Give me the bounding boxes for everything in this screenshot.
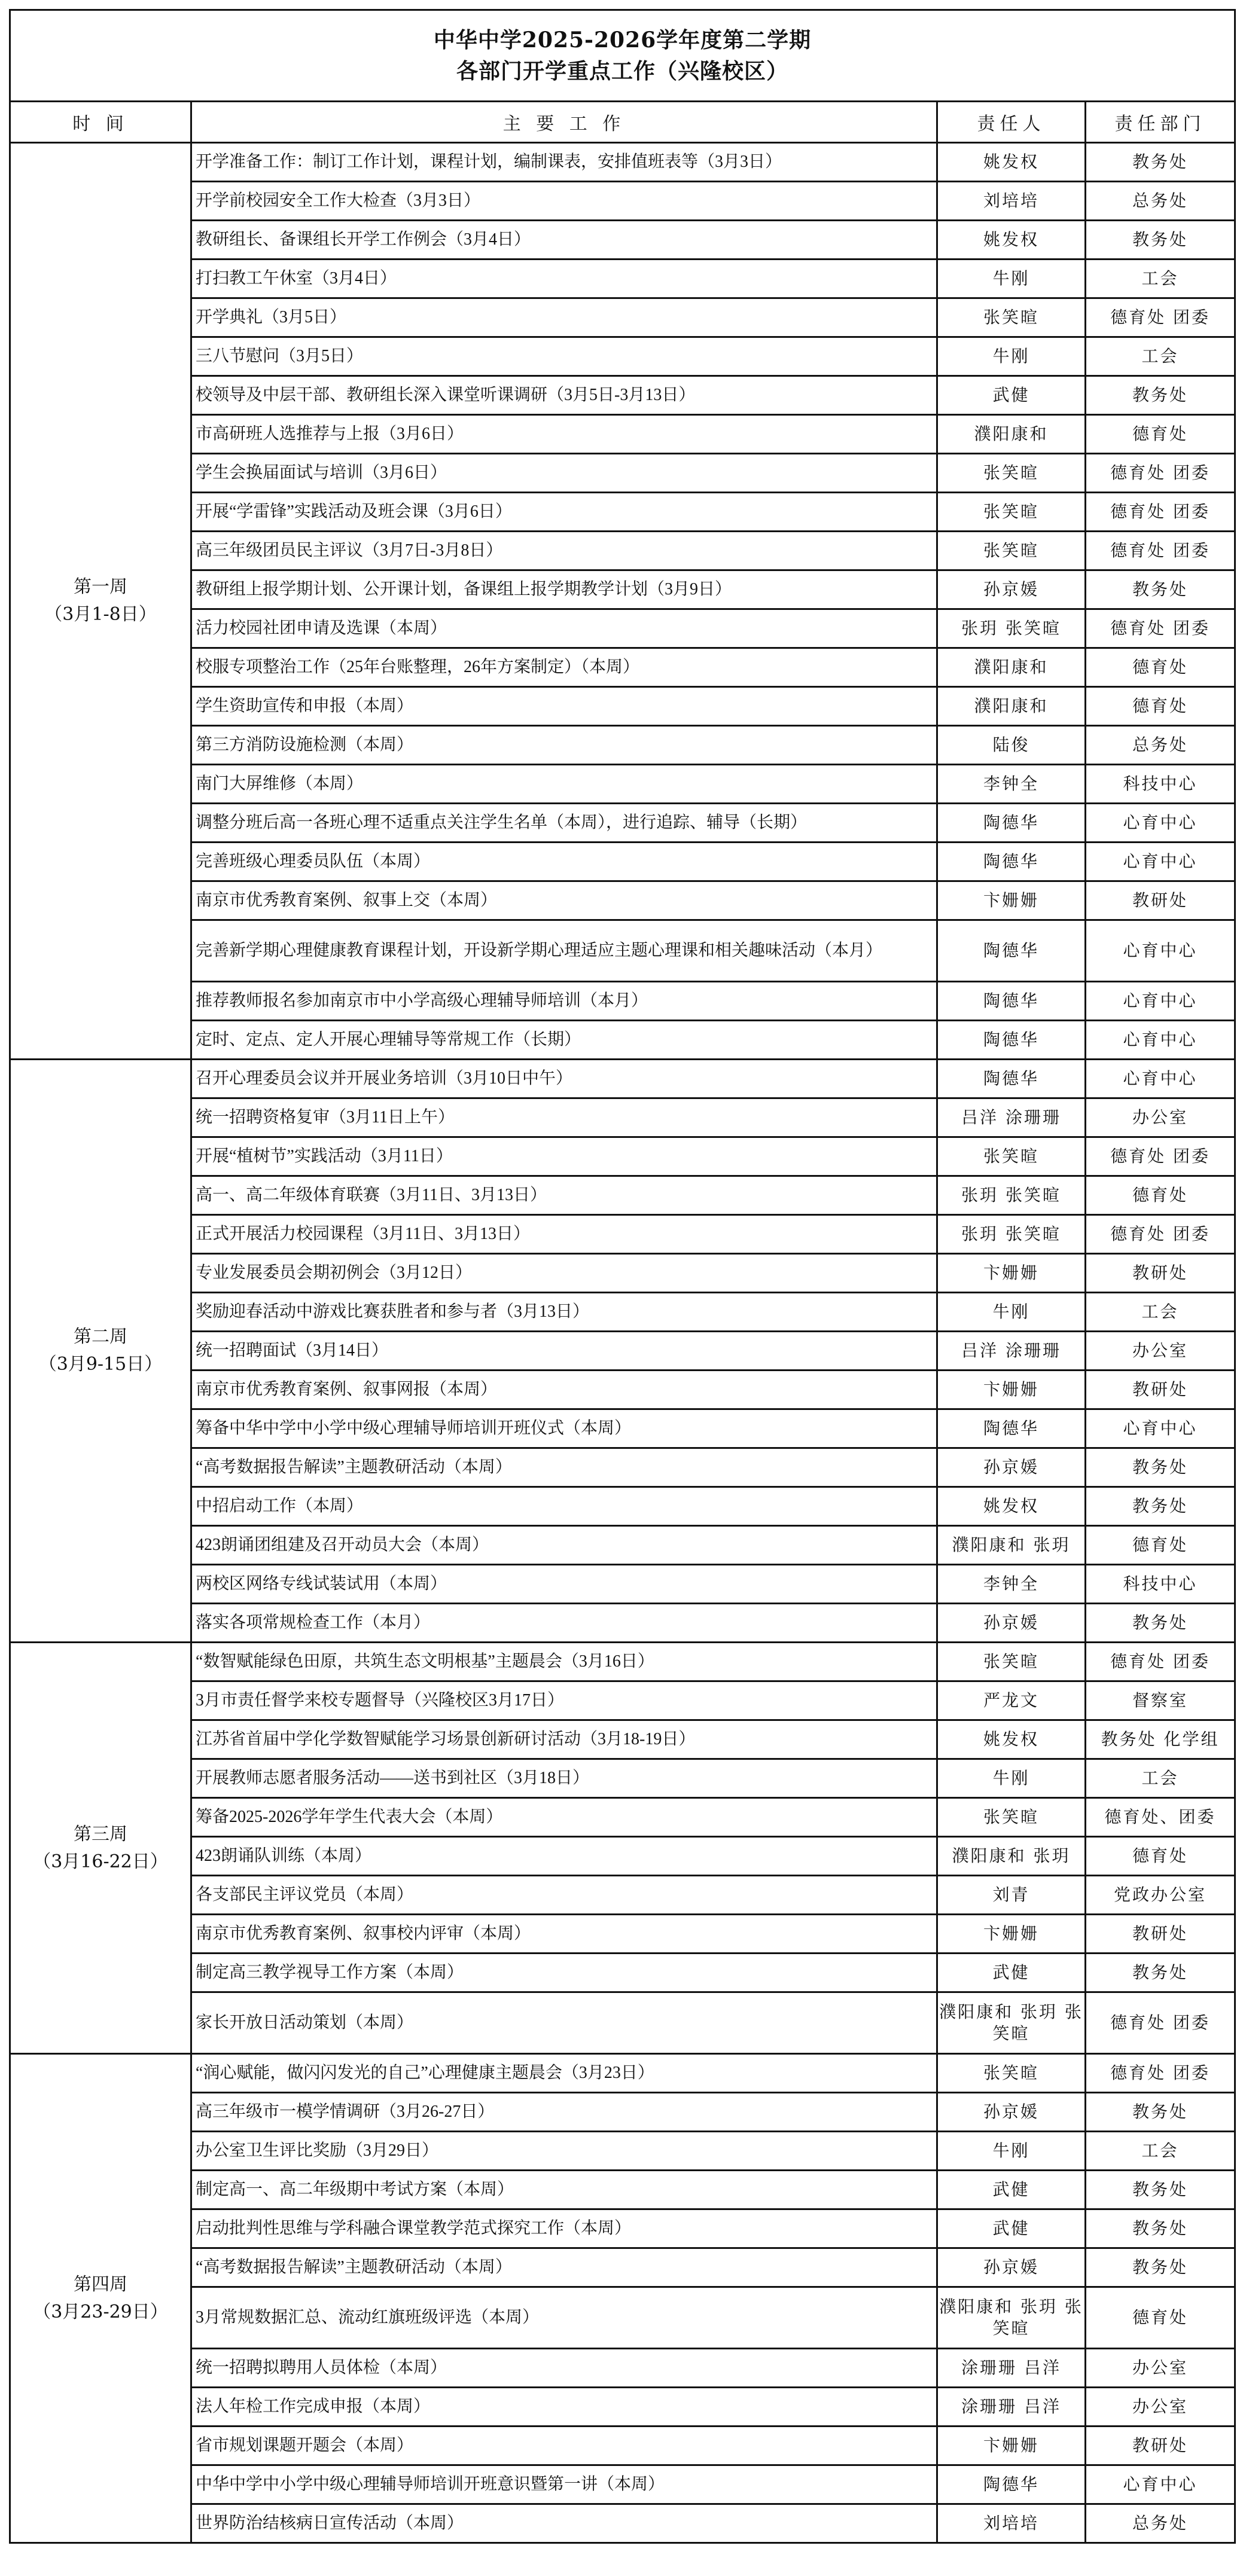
person-cell: 张玥 张笑暄 xyxy=(937,1215,1086,1254)
task-cell: 校服专项整治工作（25年台账整理，26年方案制定）（本周） xyxy=(191,648,937,687)
person-cell: 孙京媛 xyxy=(937,570,1086,609)
table-row: 第三方消防设施检测（本周）陆俊总务处 xyxy=(10,726,1235,765)
dept-cell: 心育中心 xyxy=(1086,2465,1235,2504)
dept-cell: 办公室 xyxy=(1086,1332,1235,1371)
person-cell: 陆俊 xyxy=(937,726,1086,765)
person-cell: 卞姗姗 xyxy=(937,1915,1086,1954)
table-row: 第三周（3月16-22日）“数智赋能绿色田原，共筑生态文明根基”主题晨会（3月1… xyxy=(10,1643,1235,1681)
week-range: （3月1-8日） xyxy=(11,601,190,628)
person-cell: 刘培培 xyxy=(937,182,1086,221)
task-cell: 开展“植树节”实践活动（3月11日） xyxy=(191,1137,937,1176)
week-range: （3月16-22日） xyxy=(11,1848,190,1876)
person-cell: 吕洋 涂珊珊 xyxy=(937,1332,1086,1371)
table-row: 家长开放日活动策划（本周）濮阳康和 张玥 张笑暄德育处 团委 xyxy=(10,1992,1235,2054)
dept-cell: 总务处 xyxy=(1086,726,1235,765)
table-row: 第二周（3月9-15日）召开心理委员会议并开展业务培训（3月10日中午）陶德华心… xyxy=(10,1060,1235,1098)
table-row: 南京市优秀教育案例、叙事网报（本周）卞姗姗教研处 xyxy=(10,1371,1235,1409)
dept-cell: 德育处 xyxy=(1086,1526,1235,1565)
table-row: 奖励迎春活动中游戏比赛获胜者和参与者（3月13日）牛刚工会 xyxy=(10,1293,1235,1332)
table-row: 开展教师志愿者服务活动——送书到社区（3月18日）牛刚工会 xyxy=(10,1759,1235,1798)
dept-cell: 总务处 xyxy=(1086,182,1235,221)
task-cell: 南京市优秀教育案例、叙事校内评审（本周） xyxy=(191,1915,937,1954)
table-row: 中华中学中小学中级心理辅导师培训开班意识暨第一讲（本周）陶德华心育中心 xyxy=(10,2465,1235,2504)
person-cell: 张笑暄 xyxy=(937,493,1086,532)
dept-cell: 科技中心 xyxy=(1086,1565,1235,1604)
person-cell: 张笑暄 xyxy=(937,532,1086,570)
person-cell: 姚发权 xyxy=(937,221,1086,260)
week-name: 第一周 xyxy=(11,573,190,601)
table-row: 教研组长、备课组长开学工作例会（3月4日）姚发权教务处 xyxy=(10,221,1235,260)
task-cell: 高三年级团员民主评议（3月7日-3月8日） xyxy=(191,532,937,570)
dept-cell: 德育处 xyxy=(1086,687,1235,726)
task-cell: 第三方消防设施检测（本周） xyxy=(191,726,937,765)
person-cell: 姚发权 xyxy=(937,1487,1086,1526)
person-cell: 濮阳康和 xyxy=(937,687,1086,726)
dept-cell: 办公室 xyxy=(1086,1098,1235,1137)
week-label-cell: 第一周（3月1-8日） xyxy=(10,143,191,1060)
table-row: 开学典礼（3月5日）张笑暄德育处 团委 xyxy=(10,298,1235,337)
dept-cell: 德育处 团委 xyxy=(1086,298,1235,337)
dept-cell: 德育处 团委 xyxy=(1086,1643,1235,1681)
dept-cell: 德育处 xyxy=(1086,2287,1235,2349)
dept-cell: 德育处 团委 xyxy=(1086,2054,1235,2093)
table-row: 办公室卫生评比奖励（3月29日）牛刚工会 xyxy=(10,2132,1235,2171)
person-cell: 陶德华 xyxy=(937,1409,1086,1448)
dept-cell: 教务处 xyxy=(1086,570,1235,609)
person-cell: 牛刚 xyxy=(937,337,1086,376)
task-cell: 统一招聘资格复审（3月11日上午） xyxy=(191,1098,937,1137)
dept-cell: 办公室 xyxy=(1086,2349,1235,2388)
dept-cell: 德育处、团委 xyxy=(1086,1798,1235,1837)
person-cell: 孙京媛 xyxy=(937,2093,1086,2132)
dept-cell: 工会 xyxy=(1086,337,1235,376)
dept-cell: 教务处 xyxy=(1086,2171,1235,2209)
table-row: 活力校园社团申请及选课（本周）张玥 张笑暄德育处 团委 xyxy=(10,609,1235,648)
table-row: 教研组上报学期计划、公开课计划，备课组上报学期教学计划（3月9日）孙京媛教务处 xyxy=(10,570,1235,609)
person-cell: 濮阳康和 张玥 xyxy=(937,1837,1086,1876)
header-row: 时 间 主 要 工 作 责任人 责任部门 xyxy=(10,102,1235,143)
table-row: 三八节慰问（3月5日）牛刚工会 xyxy=(10,337,1235,376)
task-cell: 开展教师志愿者服务活动——送书到社区（3月18日） xyxy=(191,1759,937,1798)
table-row: “高考数据报告解读”主题教研活动（本周）孙京媛教务处 xyxy=(10,2248,1235,2287)
week-label-cell: 第四周（3月23-29日） xyxy=(10,2054,191,2543)
person-cell: 陶德华 xyxy=(937,843,1086,881)
task-cell: 世界防治结核病日宣传活动（本周） xyxy=(191,2504,937,2543)
person-cell: 武健 xyxy=(937,2171,1086,2209)
task-cell: 召开心理委员会议并开展业务培训（3月10日中午） xyxy=(191,1060,937,1098)
task-cell: 南京市优秀教育案例、叙事网报（本周） xyxy=(191,1371,937,1409)
task-cell: 江苏省首届中学化学数智赋能学习场景创新研讨活动（3月18-19日） xyxy=(191,1720,937,1759)
dept-cell: 总务处 xyxy=(1086,2504,1235,2543)
task-cell: 三八节慰问（3月5日） xyxy=(191,337,937,376)
task-cell: 南门大屏维修（本周） xyxy=(191,765,937,804)
task-cell: 市高研班人选推荐与上报（3月6日） xyxy=(191,415,937,454)
person-cell: 张笑暄 xyxy=(937,1643,1086,1681)
table-row: 423朗诵团组建及召开动员大会（本周）濮阳康和 张玥德育处 xyxy=(10,1526,1235,1565)
table-row: 完善新学期心理健康教育课程计划，开设新学期心理适应主题心理课和相关趣味活动（本月… xyxy=(10,920,1235,982)
task-cell: 完善班级心理委员队伍（本周） xyxy=(191,843,937,881)
person-cell: 濮阳康和 xyxy=(937,648,1086,687)
task-cell: 开学典礼（3月5日） xyxy=(191,298,937,337)
task-cell: 中招启动工作（本周） xyxy=(191,1487,937,1526)
person-cell: 陶德华 xyxy=(937,2465,1086,2504)
dept-cell: 心育中心 xyxy=(1086,1409,1235,1448)
dept-cell: 工会 xyxy=(1086,1293,1235,1332)
table-row: 学生资助宣传和申报（本周）濮阳康和德育处 xyxy=(10,687,1235,726)
table-row: 启动批判性思维与学科融合课堂教学范式探究工作（本周）武健教务处 xyxy=(10,2209,1235,2248)
person-cell: 陶德华 xyxy=(937,982,1086,1021)
task-cell: 学生会换届面试与培训（3月6日） xyxy=(191,454,937,493)
table-row: 法人年检工作完成申报（本周）涂珊珊 吕洋办公室 xyxy=(10,2388,1235,2427)
person-cell: 李钟全 xyxy=(937,765,1086,804)
task-cell: 筹备2025-2026学年学生代表大会（本周） xyxy=(191,1798,937,1837)
person-cell: 姚发权 xyxy=(937,1720,1086,1759)
person-cell: 卞姗姗 xyxy=(937,1254,1086,1293)
table-row: 高一、高二年级体育联赛（3月11日、3月13日）张玥 张笑暄德育处 xyxy=(10,1176,1235,1215)
person-cell: 卞姗姗 xyxy=(937,2427,1086,2465)
table-row: 校领导及中层干部、教研组长深入课堂听课调研（3月5日-3月13日）武健教务处 xyxy=(10,376,1235,415)
dept-cell: 教务处 xyxy=(1086,1954,1235,1992)
person-cell: 陶德华 xyxy=(937,1021,1086,1060)
header-time: 时 间 xyxy=(10,102,191,143)
table-row: 南京市优秀教育案例、叙事校内评审（本周）卞姗姗教研处 xyxy=(10,1915,1235,1954)
table-row: 推荐教师报名参加南京市中小学高级心理辅导师培训（本月）陶德华心育中心 xyxy=(10,982,1235,1021)
document-title: 中华中学2025-2026学年度第二学期 各部门开学重点工作（兴隆校区） xyxy=(10,10,1235,102)
person-cell: 陶德华 xyxy=(937,1060,1086,1098)
task-cell: 制定高一、高二年级期中考试方案（本周） xyxy=(191,2171,937,2209)
task-cell: “高考数据报告解读”主题教研活动（本周） xyxy=(191,1448,937,1487)
person-cell: 张玥 张笑暄 xyxy=(937,1176,1086,1215)
week-name: 第二周 xyxy=(11,1323,190,1351)
task-cell: 统一招聘拟聘用人员体检（本周） xyxy=(191,2349,937,2388)
dept-cell: 心育中心 xyxy=(1086,1060,1235,1098)
table-row: 学生会换届面试与培训（3月6日）张笑暄德育处 团委 xyxy=(10,454,1235,493)
table-row: 筹备中华中学中小学中级心理辅导师培训开班仪式（本周）陶德华心育中心 xyxy=(10,1409,1235,1448)
person-cell: 濮阳康和 xyxy=(937,415,1086,454)
dept-cell: 心育中心 xyxy=(1086,843,1235,881)
task-cell: 各支部民主评议党员（本周） xyxy=(191,1876,937,1915)
person-cell: 濮阳康和 张玥 张笑暄 xyxy=(937,1992,1086,2054)
task-cell: “高考数据报告解读”主题教研活动（本周） xyxy=(191,2248,937,2287)
task-cell: 高一、高二年级体育联赛（3月11日、3月13日） xyxy=(191,1176,937,1215)
dept-cell: 德育处 团委 xyxy=(1086,1992,1235,2054)
table-row: 开学前校园安全工作大检查（3月3日）刘培培总务处 xyxy=(10,182,1235,221)
table-row: 第四周（3月23-29日）“润心赋能，做闪闪发光的自己”心理健康主题晨会（3月2… xyxy=(10,2054,1235,2093)
dept-cell: 教研处 xyxy=(1086,1371,1235,1409)
dept-cell: 德育处 xyxy=(1086,648,1235,687)
task-cell: 高三年级市一模学情调研（3月26-27日） xyxy=(191,2093,937,2132)
header-dept: 责任部门 xyxy=(1086,102,1235,143)
table-row: 世界防治结核病日宣传活动（本周）刘培培总务处 xyxy=(10,2504,1235,2543)
dept-cell: 德育处 团委 xyxy=(1086,1215,1235,1254)
schedule-sheet: 中华中学2025-2026学年度第二学期 各部门开学重点工作（兴隆校区） 时 间… xyxy=(9,9,1234,2544)
task-cell: 开学前校园安全工作大检查（3月3日） xyxy=(191,182,937,221)
person-cell: 牛刚 xyxy=(937,2132,1086,2171)
task-cell: 3月市责任督学来校专题督导（兴隆校区3月17日） xyxy=(191,1681,937,1720)
person-cell: 吕洋 涂珊珊 xyxy=(937,1098,1086,1137)
dept-cell: 教务处 xyxy=(1086,143,1235,182)
dept-cell: 教研处 xyxy=(1086,2427,1235,2465)
table-row: 高三年级市一模学情调研（3月26-27日）孙京媛教务处 xyxy=(10,2093,1235,2132)
dept-cell: 教务处 xyxy=(1086,221,1235,260)
dept-cell: 心育中心 xyxy=(1086,982,1235,1021)
dept-cell: 科技中心 xyxy=(1086,765,1235,804)
table-row: 专业发展委员会期初例会（3月12日）卞姗姗教研处 xyxy=(10,1254,1235,1293)
dept-cell: 教务处 xyxy=(1086,1448,1235,1487)
week-range: （3月9-15日） xyxy=(11,1351,190,1378)
task-cell: 定时、定点、定人开展心理辅导等常规工作（长期） xyxy=(191,1021,937,1060)
person-cell: 张笑暄 xyxy=(937,454,1086,493)
person-cell: 孙京媛 xyxy=(937,1448,1086,1487)
task-cell: 423朗诵队训练（本周） xyxy=(191,1837,937,1876)
person-cell: 李钟全 xyxy=(937,1565,1086,1604)
task-cell: 正式开展活力校园课程（3月11日、3月13日） xyxy=(191,1215,937,1254)
person-cell: 张笑暄 xyxy=(937,1137,1086,1176)
table-row: “高考数据报告解读”主题教研活动（本周）孙京媛教务处 xyxy=(10,1448,1235,1487)
dept-cell: 党政办公室 xyxy=(1086,1876,1235,1915)
person-cell: 牛刚 xyxy=(937,260,1086,298)
dept-cell: 工会 xyxy=(1086,1759,1235,1798)
person-cell: 涂珊珊 吕洋 xyxy=(937,2349,1086,2388)
dept-cell: 心育中心 xyxy=(1086,920,1235,982)
table-row: 3月市责任督学来校专题督导（兴隆校区3月17日）严龙文督察室 xyxy=(10,1681,1235,1720)
dept-cell: 教务处 xyxy=(1086,1487,1235,1526)
task-cell: 开学准备工作：制订工作计划，课程计划，编制课表，安排值班表等（3月3日） xyxy=(191,143,937,182)
dept-cell: 教务处 xyxy=(1086,2093,1235,2132)
dept-cell: 工会 xyxy=(1086,2132,1235,2171)
task-cell: 打扫教工午休室（3月4日） xyxy=(191,260,937,298)
person-cell: 张笑暄 xyxy=(937,1798,1086,1837)
task-cell: 调整分班后高一各班心理不适重点关注学生名单（本周），进行追踪、辅导（长期） xyxy=(191,804,937,843)
dept-cell: 德育处 团委 xyxy=(1086,1137,1235,1176)
task-cell: 推荐教师报名参加南京市中小学高级心理辅导师培训（本月） xyxy=(191,982,937,1021)
title-line-1: 中华中学2025-2026学年度第二学期 xyxy=(11,25,1234,56)
table-body: 第一周（3月1-8日）开学准备工作：制订工作计划，课程计划，编制课表，安排值班表… xyxy=(10,143,1235,2543)
task-cell: 筹备中华中学中小学中级心理辅导师培训开班仪式（本周） xyxy=(191,1409,937,1448)
task-cell: 家长开放日活动策划（本周） xyxy=(191,1992,937,2054)
work-schedule-table: 中华中学2025-2026学年度第二学期 各部门开学重点工作（兴隆校区） 时 间… xyxy=(9,9,1236,2544)
dept-cell: 教研处 xyxy=(1086,1915,1235,1954)
dept-cell: 德育处 团委 xyxy=(1086,454,1235,493)
table-row: 江苏省首届中学化学数智赋能学习场景创新研讨活动（3月18-19日）姚发权教务处 … xyxy=(10,1720,1235,1759)
task-cell: 统一招聘面试（3月14日） xyxy=(191,1332,937,1371)
table-row: 筹备2025-2026学年学生代表大会（本周）张笑暄德育处、团委 xyxy=(10,1798,1235,1837)
task-cell: 3月常规数据汇总、流动红旗班级评选（本周） xyxy=(191,2287,937,2349)
task-cell: “数智赋能绿色田原，共筑生态文明根基”主题晨会（3月16日） xyxy=(191,1643,937,1681)
week-label-cell: 第二周（3月9-15日） xyxy=(10,1060,191,1643)
task-cell: 落实各项常规检查工作（本月） xyxy=(191,1604,937,1643)
dept-cell: 教务处 xyxy=(1086,1604,1235,1643)
dept-cell: 工会 xyxy=(1086,260,1235,298)
table-row: 各支部民主评议党员（本周）刘青党政办公室 xyxy=(10,1876,1235,1915)
task-cell: “润心赋能，做闪闪发光的自己”心理健康主题晨会（3月23日） xyxy=(191,2054,937,2093)
dept-cell: 德育处 团委 xyxy=(1086,493,1235,532)
dept-cell: 教务处 xyxy=(1086,2209,1235,2248)
table-row: 省市规划课题开题会（本周）卞姗姗教研处 xyxy=(10,2427,1235,2465)
dept-cell: 德育处 xyxy=(1086,415,1235,454)
table-row: 南门大屏维修（本周）李钟全科技中心 xyxy=(10,765,1235,804)
table-row: 中招启动工作（本周）姚发权教务处 xyxy=(10,1487,1235,1526)
person-cell: 牛刚 xyxy=(937,1759,1086,1798)
person-cell: 张玥 张笑暄 xyxy=(937,609,1086,648)
dept-cell: 督察室 xyxy=(1086,1681,1235,1720)
table-row: 完善班级心理委员队伍（本周）陶德华心育中心 xyxy=(10,843,1235,881)
dept-cell: 办公室 xyxy=(1086,2388,1235,2427)
dept-cell: 心育中心 xyxy=(1086,804,1235,843)
week-name: 第四周 xyxy=(11,2271,190,2299)
table-row: 两校区网络专线试装试用（本周）李钟全科技中心 xyxy=(10,1565,1235,1604)
person-cell: 孙京媛 xyxy=(937,2248,1086,2287)
person-cell: 武健 xyxy=(937,1954,1086,1992)
title-line-2: 各部门开学重点工作（兴隆校区） xyxy=(11,56,1234,87)
dept-cell: 教务处 xyxy=(1086,376,1235,415)
task-cell: 完善新学期心理健康教育课程计划，开设新学期心理适应主题心理课和相关趣味活动（本月… xyxy=(191,920,937,982)
table-row: 高三年级团员民主评议（3月7日-3月8日）张笑暄德育处 团委 xyxy=(10,532,1235,570)
table-row: 开展“植树节”实践活动（3月11日）张笑暄德育处 团委 xyxy=(10,1137,1235,1176)
table-row: 调整分班后高一各班心理不适重点关注学生名单（本周），进行追踪、辅导（长期）陶德华… xyxy=(10,804,1235,843)
task-cell: 中华中学中小学中级心理辅导师培训开班意识暨第一讲（本周） xyxy=(191,2465,937,2504)
table-row: 统一招聘资格复审（3月11日上午）吕洋 涂珊珊办公室 xyxy=(10,1098,1235,1137)
person-cell: 严龙文 xyxy=(937,1681,1086,1720)
task-cell: 活力校园社团申请及选课（本周） xyxy=(191,609,937,648)
title-row: 中华中学2025-2026学年度第二学期 各部门开学重点工作（兴隆校区） xyxy=(10,10,1235,102)
person-cell: 卞姗姗 xyxy=(937,1371,1086,1409)
dept-cell: 心育中心 xyxy=(1086,1021,1235,1060)
task-cell: 教研组上报学期计划、公开课计划，备课组上报学期教学计划（3月9日） xyxy=(191,570,937,609)
person-cell: 陶德华 xyxy=(937,804,1086,843)
dept-cell: 教研处 xyxy=(1086,1254,1235,1293)
task-cell: 423朗诵团组建及召开动员大会（本周） xyxy=(191,1526,937,1565)
person-cell: 张笑暄 xyxy=(937,298,1086,337)
table-row: 开展“学雷锋”实践活动及班会课（3月6日）张笑暄德育处 团委 xyxy=(10,493,1235,532)
task-cell: 校领导及中层干部、教研组长深入课堂听课调研（3月5日-3月13日） xyxy=(191,376,937,415)
person-cell: 濮阳康和 张玥 xyxy=(937,1526,1086,1565)
table-row: 打扫教工午休室（3月4日）牛刚工会 xyxy=(10,260,1235,298)
person-cell: 武健 xyxy=(937,2209,1086,2248)
task-cell: 省市规划课题开题会（本周） xyxy=(191,2427,937,2465)
person-cell: 孙京媛 xyxy=(937,1604,1086,1643)
dept-cell: 德育处 xyxy=(1086,1176,1235,1215)
task-cell: 南京市优秀教育案例、叙事上交（本周） xyxy=(191,881,937,920)
table-row: 市高研班人选推荐与上报（3月6日）濮阳康和德育处 xyxy=(10,415,1235,454)
person-cell: 濮阳康和 张玥 张笑暄 xyxy=(937,2287,1086,2349)
task-cell: 教研组长、备课组长开学工作例会（3月4日） xyxy=(191,221,937,260)
table-row: 制定高一、高二年级期中考试方案（本周）武健教务处 xyxy=(10,2171,1235,2209)
table-row: 统一招聘面试（3月14日）吕洋 涂珊珊办公室 xyxy=(10,1332,1235,1371)
person-cell: 武健 xyxy=(937,376,1086,415)
person-cell: 张笑暄 xyxy=(937,2054,1086,2093)
task-cell: 学生资助宣传和申报（本周） xyxy=(191,687,937,726)
table-row: 定时、定点、定人开展心理辅导等常规工作（长期）陶德华心育中心 xyxy=(10,1021,1235,1060)
table-row: 第一周（3月1-8日）开学准备工作：制订工作计划，课程计划，编制课表，安排值班表… xyxy=(10,143,1235,182)
week-range: （3月23-29日） xyxy=(11,2299,190,2326)
task-cell: 专业发展委员会期初例会（3月12日） xyxy=(191,1254,937,1293)
person-cell: 陶德华 xyxy=(937,920,1086,982)
person-cell: 刘培培 xyxy=(937,2504,1086,2543)
task-cell: 开展“学雷锋”实践活动及班会课（3月6日） xyxy=(191,493,937,532)
table-row: 校服专项整治工作（25年台账整理，26年方案制定）（本周）濮阳康和德育处 xyxy=(10,648,1235,687)
week-name: 第三周 xyxy=(11,1821,190,1848)
table-row: 统一招聘拟聘用人员体检（本周）涂珊珊 吕洋办公室 xyxy=(10,2349,1235,2388)
task-cell: 制定高三教学视导工作方案（本周） xyxy=(191,1954,937,1992)
dept-cell: 德育处 团委 xyxy=(1086,532,1235,570)
table-row: 制定高三教学视导工作方案（本周）武健教务处 xyxy=(10,1954,1235,1992)
person-cell: 刘青 xyxy=(937,1876,1086,1915)
week-label-cell: 第三周（3月16-22日） xyxy=(10,1643,191,2054)
person-cell: 卞姗姗 xyxy=(937,881,1086,920)
task-cell: 启动批判性思维与学科融合课堂教学范式探究工作（本周） xyxy=(191,2209,937,2248)
task-cell: 奖励迎春活动中游戏比赛获胜者和参与者（3月13日） xyxy=(191,1293,937,1332)
dept-cell: 教务处 化学组 xyxy=(1086,1720,1235,1759)
header-person: 责任人 xyxy=(937,102,1086,143)
table-row: 落实各项常规检查工作（本月）孙京媛教务处 xyxy=(10,1604,1235,1643)
task-cell: 法人年检工作完成申报（本周） xyxy=(191,2388,937,2427)
dept-cell: 教研处 xyxy=(1086,881,1235,920)
table-row: 南京市优秀教育案例、叙事上交（本周）卞姗姗教研处 xyxy=(10,881,1235,920)
dept-cell: 德育处 xyxy=(1086,1837,1235,1876)
table-row: 423朗诵队训练（本周）濮阳康和 张玥德育处 xyxy=(10,1837,1235,1876)
task-cell: 办公室卫生评比奖励（3月29日） xyxy=(191,2132,937,2171)
person-cell: 牛刚 xyxy=(937,1293,1086,1332)
table-row: 正式开展活力校园课程（3月11日、3月13日）张玥 张笑暄德育处 团委 xyxy=(10,1215,1235,1254)
person-cell: 姚发权 xyxy=(937,143,1086,182)
table-row: 3月常规数据汇总、流动红旗班级评选（本周）濮阳康和 张玥 张笑暄德育处 xyxy=(10,2287,1235,2349)
person-cell: 涂珊珊 吕洋 xyxy=(937,2388,1086,2427)
header-work: 主 要 工 作 xyxy=(191,102,937,143)
dept-cell: 教务处 xyxy=(1086,2248,1235,2287)
dept-cell: 德育处 团委 xyxy=(1086,609,1235,648)
task-cell: 两校区网络专线试装试用（本周） xyxy=(191,1565,937,1604)
